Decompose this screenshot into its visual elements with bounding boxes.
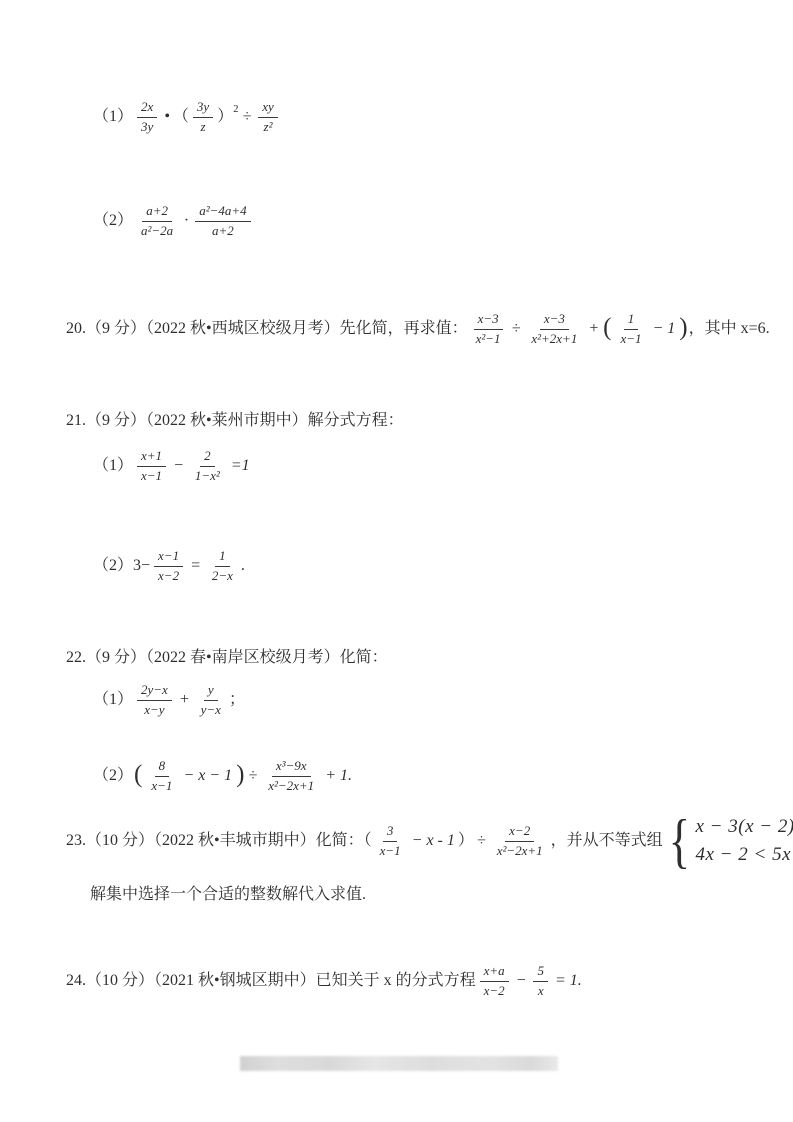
- fraction-denominator: x−2: [480, 982, 509, 999]
- fraction-numerator: 2y−x: [137, 682, 172, 700]
- text-run: 24.（10 分）（2021 秋•钢城区期中）已知关于 x 的分式方程: [66, 970, 476, 992]
- text-run: （2）3−: [93, 555, 150, 577]
- worksheet-page: （1）2x3y•（3yz）2÷xyz² （2）a+2a²−2a·a²−4a+4a…: [0, 0, 793, 1122]
- fraction-denominator: x−1: [616, 330, 645, 347]
- problem-21-part-1: （1）x+1x−1−21−x²=1: [93, 444, 253, 488]
- text-run: （: [173, 106, 189, 128]
- fraction-numerator: x−3: [474, 311, 503, 329]
- fraction: 2y−xx−y: [137, 682, 172, 718]
- big-paren: (: [603, 311, 611, 345]
- fraction: 12−x: [208, 548, 237, 584]
- fraction: a+2a²−2a: [137, 203, 177, 239]
- big-paren: ): [679, 311, 687, 345]
- fraction: 5x: [533, 963, 548, 999]
- math-run: +: [179, 689, 190, 711]
- fraction-numerator: 5: [533, 963, 548, 981]
- problem-23-line-2: 解集中选择一个合适的整数解代入求值.: [90, 884, 366, 906]
- math-run: •: [164, 106, 170, 128]
- math-run: + 1.: [325, 765, 352, 787]
- fraction-denominator: z: [197, 118, 210, 135]
- text-run: （2）: [93, 765, 133, 787]
- fraction-numerator: x−1: [154, 548, 183, 566]
- fraction-denominator: z²: [260, 118, 277, 135]
- math-run: −: [173, 455, 184, 477]
- math-run: ÷: [248, 765, 257, 787]
- inequality-rows: x − 3(x − 2) ≥ 24x − 2 < 5x − 1: [696, 813, 793, 870]
- problem-19-part-1: （1）2x3y•（3yz）2÷xyz²: [93, 96, 282, 138]
- left-brace-icon: {: [668, 814, 690, 868]
- problem-22-header: 22.（9 分）（2022 春•南岸区校级月考）化简：: [66, 647, 388, 669]
- math-run: =: [190, 555, 201, 577]
- fraction-numerator: 1: [624, 311, 639, 329]
- problem-19-part-2: （2）a+2a²−2a·a²−4a+4a+2: [93, 200, 255, 242]
- fraction-numerator: 1: [215, 548, 230, 566]
- text-run: 21.（9 分）（2022 秋•莱州市期中）解分式方程：: [66, 410, 404, 432]
- text-run: （1）: [93, 106, 133, 128]
- text-run: ）: [458, 830, 474, 852]
- text-run: 23.（10 分）（2022 秋•丰城市期中）化简：（: [66, 830, 372, 852]
- fraction: x+ax−2: [480, 963, 509, 999]
- math-run: − x − 1: [183, 765, 232, 787]
- fraction-denominator: x²−1: [472, 330, 505, 347]
- text-run: ，并从不等式组: [551, 830, 663, 852]
- fraction-numerator: 3y: [193, 99, 213, 117]
- fraction-denominator: y−x: [197, 701, 225, 718]
- fraction-numerator: 2x: [137, 99, 157, 117]
- exponent: 2: [233, 103, 238, 117]
- fraction-denominator: x−y: [140, 701, 168, 718]
- fraction: a²−4a+4a+2: [195, 203, 250, 239]
- fraction: 3x−1: [376, 823, 405, 859]
- fraction-denominator: x−2: [154, 567, 183, 584]
- text-run: （1）: [93, 455, 133, 477]
- math-run: ·: [184, 210, 188, 232]
- text-run: ；: [229, 689, 245, 711]
- fraction: x−1x−2: [154, 548, 183, 584]
- fraction: yy−x: [197, 682, 225, 718]
- text-run: 22.（9 分）（2022 春•南岸区校级月考）化简：: [66, 647, 388, 669]
- problem-24: 24.（10 分）（2021 秋•钢城区期中）已知关于 x 的分式方程x+ax−…: [66, 958, 585, 1004]
- text-run: ，其中 x=6.: [689, 318, 770, 340]
- text-run: 20.（9 分）（2022 秋•西城区校级月考）先化简，再求值：: [66, 318, 468, 340]
- fraction: 21−x²: [191, 448, 224, 484]
- fraction: x³−9xx²−2x+1: [264, 758, 318, 794]
- redacted-watermark-bar: [240, 1056, 558, 1071]
- problem-21-part-2: （2）3−x−1x−2=12−x.: [93, 544, 245, 588]
- fraction-numerator: x−2: [505, 823, 534, 841]
- problem-23-line-1: 23.（10 分）（2022 秋•丰城市期中）化简：（3x−1− x - 1）÷…: [66, 810, 793, 872]
- fraction-denominator: x−1: [376, 842, 405, 859]
- fraction-denominator: x²−2x+1: [493, 842, 547, 859]
- fraction-numerator: y: [204, 682, 218, 700]
- fraction-denominator: x²−2x+1: [264, 777, 318, 794]
- math-run: ÷: [512, 318, 521, 340]
- math-run: ÷: [242, 106, 251, 128]
- fraction: xyz²: [258, 99, 278, 135]
- fraction: x−3x²+2x+1: [527, 311, 581, 347]
- inequality-row: x − 3(x − 2) ≥ 2: [696, 813, 793, 842]
- fraction-denominator: 3y: [137, 118, 157, 135]
- text-run: （1）: [93, 689, 133, 711]
- fraction-numerator: xy: [258, 99, 278, 117]
- fraction-denominator: a+2: [208, 222, 238, 239]
- fraction-numerator: a+2: [142, 203, 172, 221]
- fraction-numerator: x−3: [540, 311, 569, 329]
- fraction: 3yz: [193, 99, 213, 135]
- problem-21-header: 21.（9 分）（2022 秋•莱州市期中）解分式方程：: [66, 410, 404, 432]
- math-run: = 1.: [555, 970, 582, 992]
- fraction: x+1x−1: [137, 448, 166, 484]
- fraction-denominator: a²−2a: [137, 222, 177, 239]
- fraction-numerator: 3: [383, 823, 398, 841]
- big-paren: (: [134, 758, 142, 792]
- inequality-system: {x − 3(x − 2) ≥ 24x − 2 < 5x − 1: [665, 813, 793, 870]
- text-run: .: [241, 555, 245, 577]
- problem-22-part-1: （1）2y−xx−y+yy−x；: [93, 678, 245, 722]
- fraction-denominator: x²+2x+1: [527, 330, 581, 347]
- big-paren: ): [236, 758, 244, 792]
- fraction: x−3x²−1: [472, 311, 505, 347]
- math-run: −: [516, 970, 527, 992]
- fraction-numerator: 2: [200, 448, 215, 466]
- math-run: − 1: [653, 318, 676, 340]
- fraction-denominator: x−1: [147, 777, 176, 794]
- fraction-numerator: 8: [155, 758, 170, 776]
- math-run: =1: [231, 455, 250, 477]
- fraction-denominator: x: [534, 982, 548, 999]
- problem-22-part-2: （2）(8x−1− x − 1)÷x³−9xx²−2x+1+ 1.: [93, 753, 355, 799]
- fraction-numerator: a²−4a+4: [195, 203, 250, 221]
- problem-20: 20.（9 分）（2022 秋•西城区校级月考）先化简，再求值：x−3x²−1÷…: [66, 306, 770, 352]
- text-run: 解集中选择一个合适的整数解代入求值.: [90, 884, 366, 906]
- text-run: （2）: [93, 210, 133, 232]
- inequality-row: 4x − 2 < 5x − 1: [696, 841, 793, 870]
- fraction: x−2x²−2x+1: [493, 823, 547, 859]
- fraction-numerator: x+1: [137, 448, 166, 466]
- math-run: − x - 1: [412, 830, 455, 852]
- fraction-numerator: x³−9x: [272, 758, 311, 776]
- fraction: 2x3y: [137, 99, 157, 135]
- fraction-denominator: 1−x²: [191, 467, 224, 484]
- fraction: 8x−1: [147, 758, 176, 794]
- fraction-numerator: x+a: [480, 963, 509, 981]
- math-run: +: [588, 318, 599, 340]
- math-run: ÷: [477, 830, 486, 852]
- fraction: 1x−1: [616, 311, 645, 347]
- fraction-denominator: 2−x: [208, 567, 237, 584]
- text-run: ）: [217, 106, 233, 128]
- fraction-denominator: x−1: [137, 467, 166, 484]
